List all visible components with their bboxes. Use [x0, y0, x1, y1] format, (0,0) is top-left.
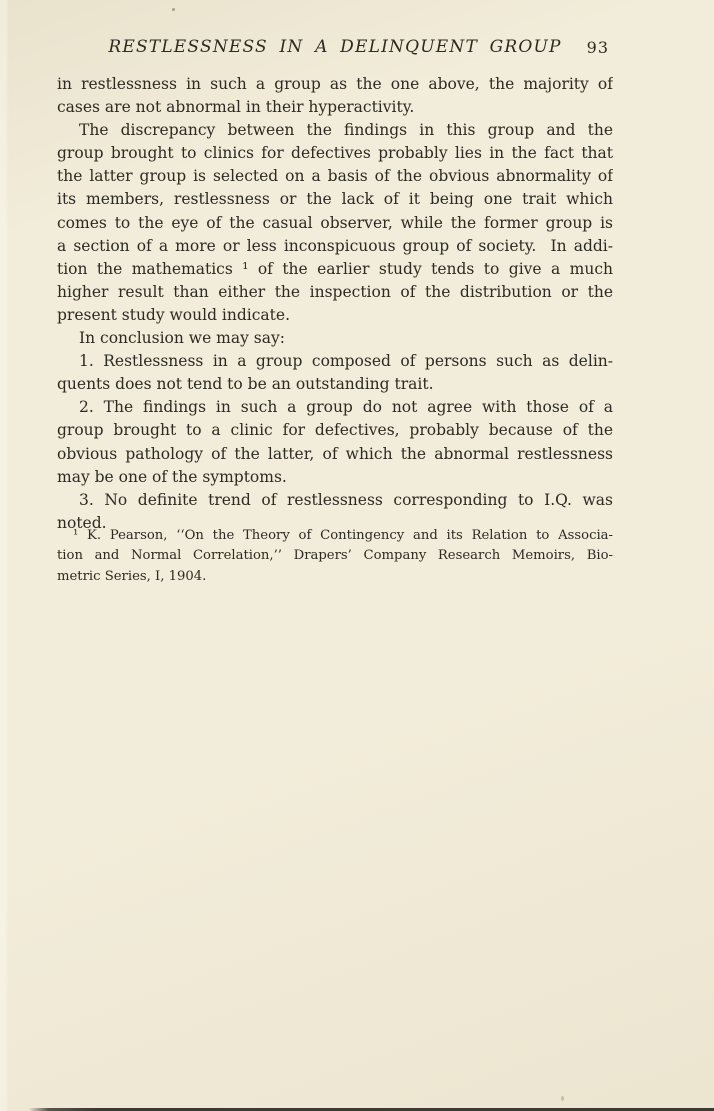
text-line: cases are not abnormal in their hyperact… — [57, 96, 613, 119]
text-line: obvious pathology of the latter, of whic… — [57, 443, 613, 466]
scan-speck — [561, 1096, 564, 1101]
text-line: tion the mathematics ¹ of the earlier st… — [57, 258, 613, 281]
text-line: metric Series, I, 1904. — [57, 567, 613, 587]
text-line: a section of a more or less inconspicuou… — [57, 235, 613, 258]
text-line: 2. The findings in such a group do not a… — [57, 396, 613, 419]
text-line: group brought to clinics for defectives … — [57, 142, 613, 165]
text-line: higher result than either the inspection… — [57, 281, 613, 304]
text-line: comes to the eye of the casual observer,… — [57, 212, 613, 235]
text-line: In conclusion we may say: — [57, 327, 613, 350]
body-text: in restlessness in such a group as the o… — [57, 73, 613, 535]
text-line: its members, restlessness or the lack of… — [57, 188, 613, 211]
text-line: may be one of the symptoms. — [57, 466, 613, 489]
text-line: 3. No definite trend of restlessness cor… — [57, 489, 613, 512]
text-line: quents does not tend to be an outstandin… — [57, 373, 613, 396]
scan-speck — [172, 8, 175, 11]
page-number: 93 — [587, 38, 609, 57]
text-line: present study would indicate. — [57, 304, 613, 327]
text-line: the latter group is selected on a basis … — [57, 165, 613, 188]
running-header: RESTLESSNESS IN A DELINQUENT GROUP 93 — [57, 37, 613, 59]
text-line: group brought to a clinic for defectives… — [57, 419, 613, 442]
text-line: ¹ K. Pearson, ‘‘On the Theory of Conting… — [57, 526, 613, 546]
text-line: The discrepancy between the findings in … — [57, 119, 613, 142]
page-scan: RESTLESSNESS IN A DELINQUENT GROUP 93 in… — [0, 0, 714, 1111]
text-line: in restlessness in such a group as the o… — [57, 73, 613, 96]
header-title: RESTLESSNESS IN A DELINQUENT GROUP — [57, 37, 613, 57]
text-line: 1. Restlessness in a group composed of p… — [57, 350, 613, 373]
footnote: ¹ K. Pearson, ‘‘On the Theory of Conting… — [57, 526, 613, 587]
text-line: tion and Normal Correlation,’’ Drapers’ … — [57, 546, 613, 566]
